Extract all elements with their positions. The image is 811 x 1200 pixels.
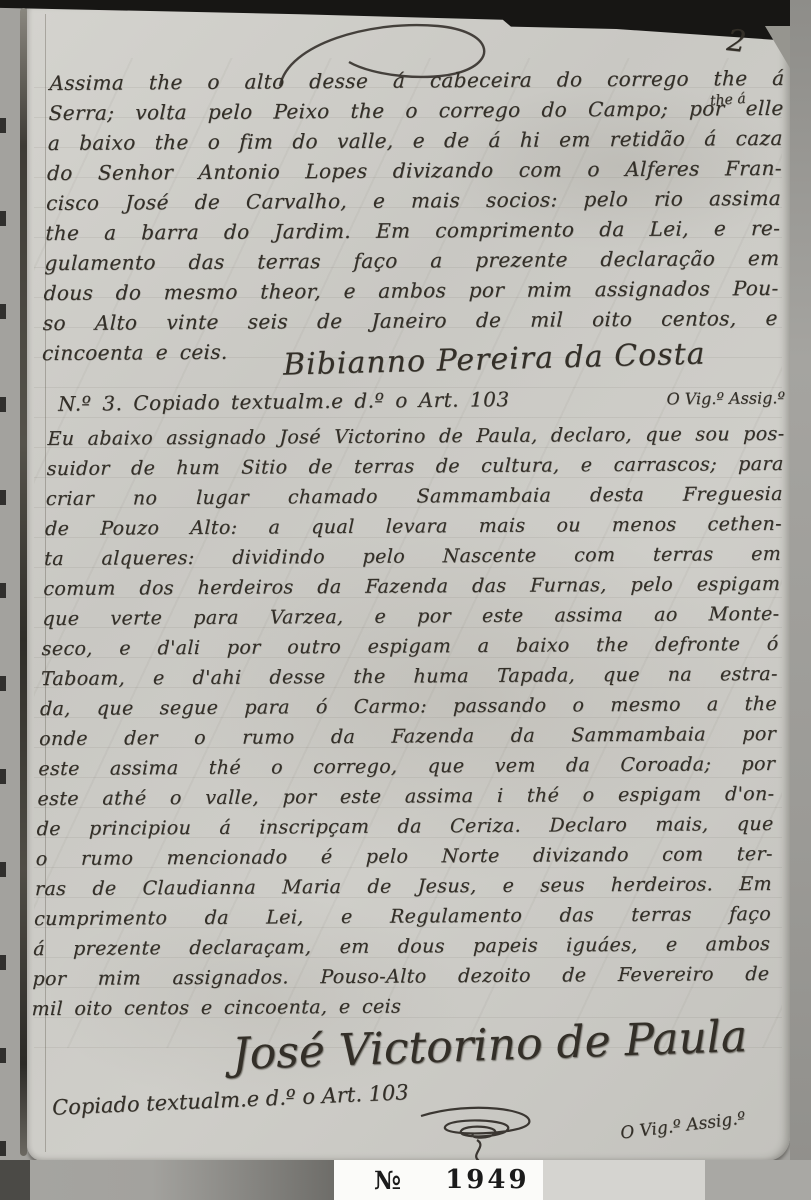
record-3-heading: N.º 3. Copiado textualm.e d.º o Art. 103 xyxy=(58,387,510,416)
binding-stitch-marks xyxy=(0,40,6,1160)
scan-bottom-strip: № 1949 xyxy=(0,1160,811,1200)
manuscript-line: so Alto vinte seis de Janeiro de mil oit… xyxy=(42,303,778,338)
bottom-left-shadow xyxy=(0,1160,30,1200)
binding-edge xyxy=(20,8,27,1156)
bottom-shadow-gradient xyxy=(30,1160,334,1200)
handwritten-block-record-3: Eu abaixo assignado José Victorino de Pa… xyxy=(31,419,785,1024)
scan-right-gutter xyxy=(790,0,811,1200)
bottom-light-patch xyxy=(543,1160,705,1200)
page-number: 2 xyxy=(725,23,748,60)
interline-insertion: the á xyxy=(709,91,746,109)
manuscript-line: por mim assignados. Pouso-Alto dezoito d… xyxy=(32,959,770,994)
archive-number-label: № 1949 xyxy=(334,1160,543,1200)
handwritten-block-previous-record: Assima the o alto desse á cabeceira do c… xyxy=(42,63,785,368)
vicar-margin-note: O Vig.º Assig.º xyxy=(666,388,785,408)
manuscript-scan: 2 Assima the o alto desse á cabeceira do… xyxy=(0,0,811,1200)
archive-number: 1949 xyxy=(445,1165,529,1195)
numero-sign: № xyxy=(374,1166,401,1195)
